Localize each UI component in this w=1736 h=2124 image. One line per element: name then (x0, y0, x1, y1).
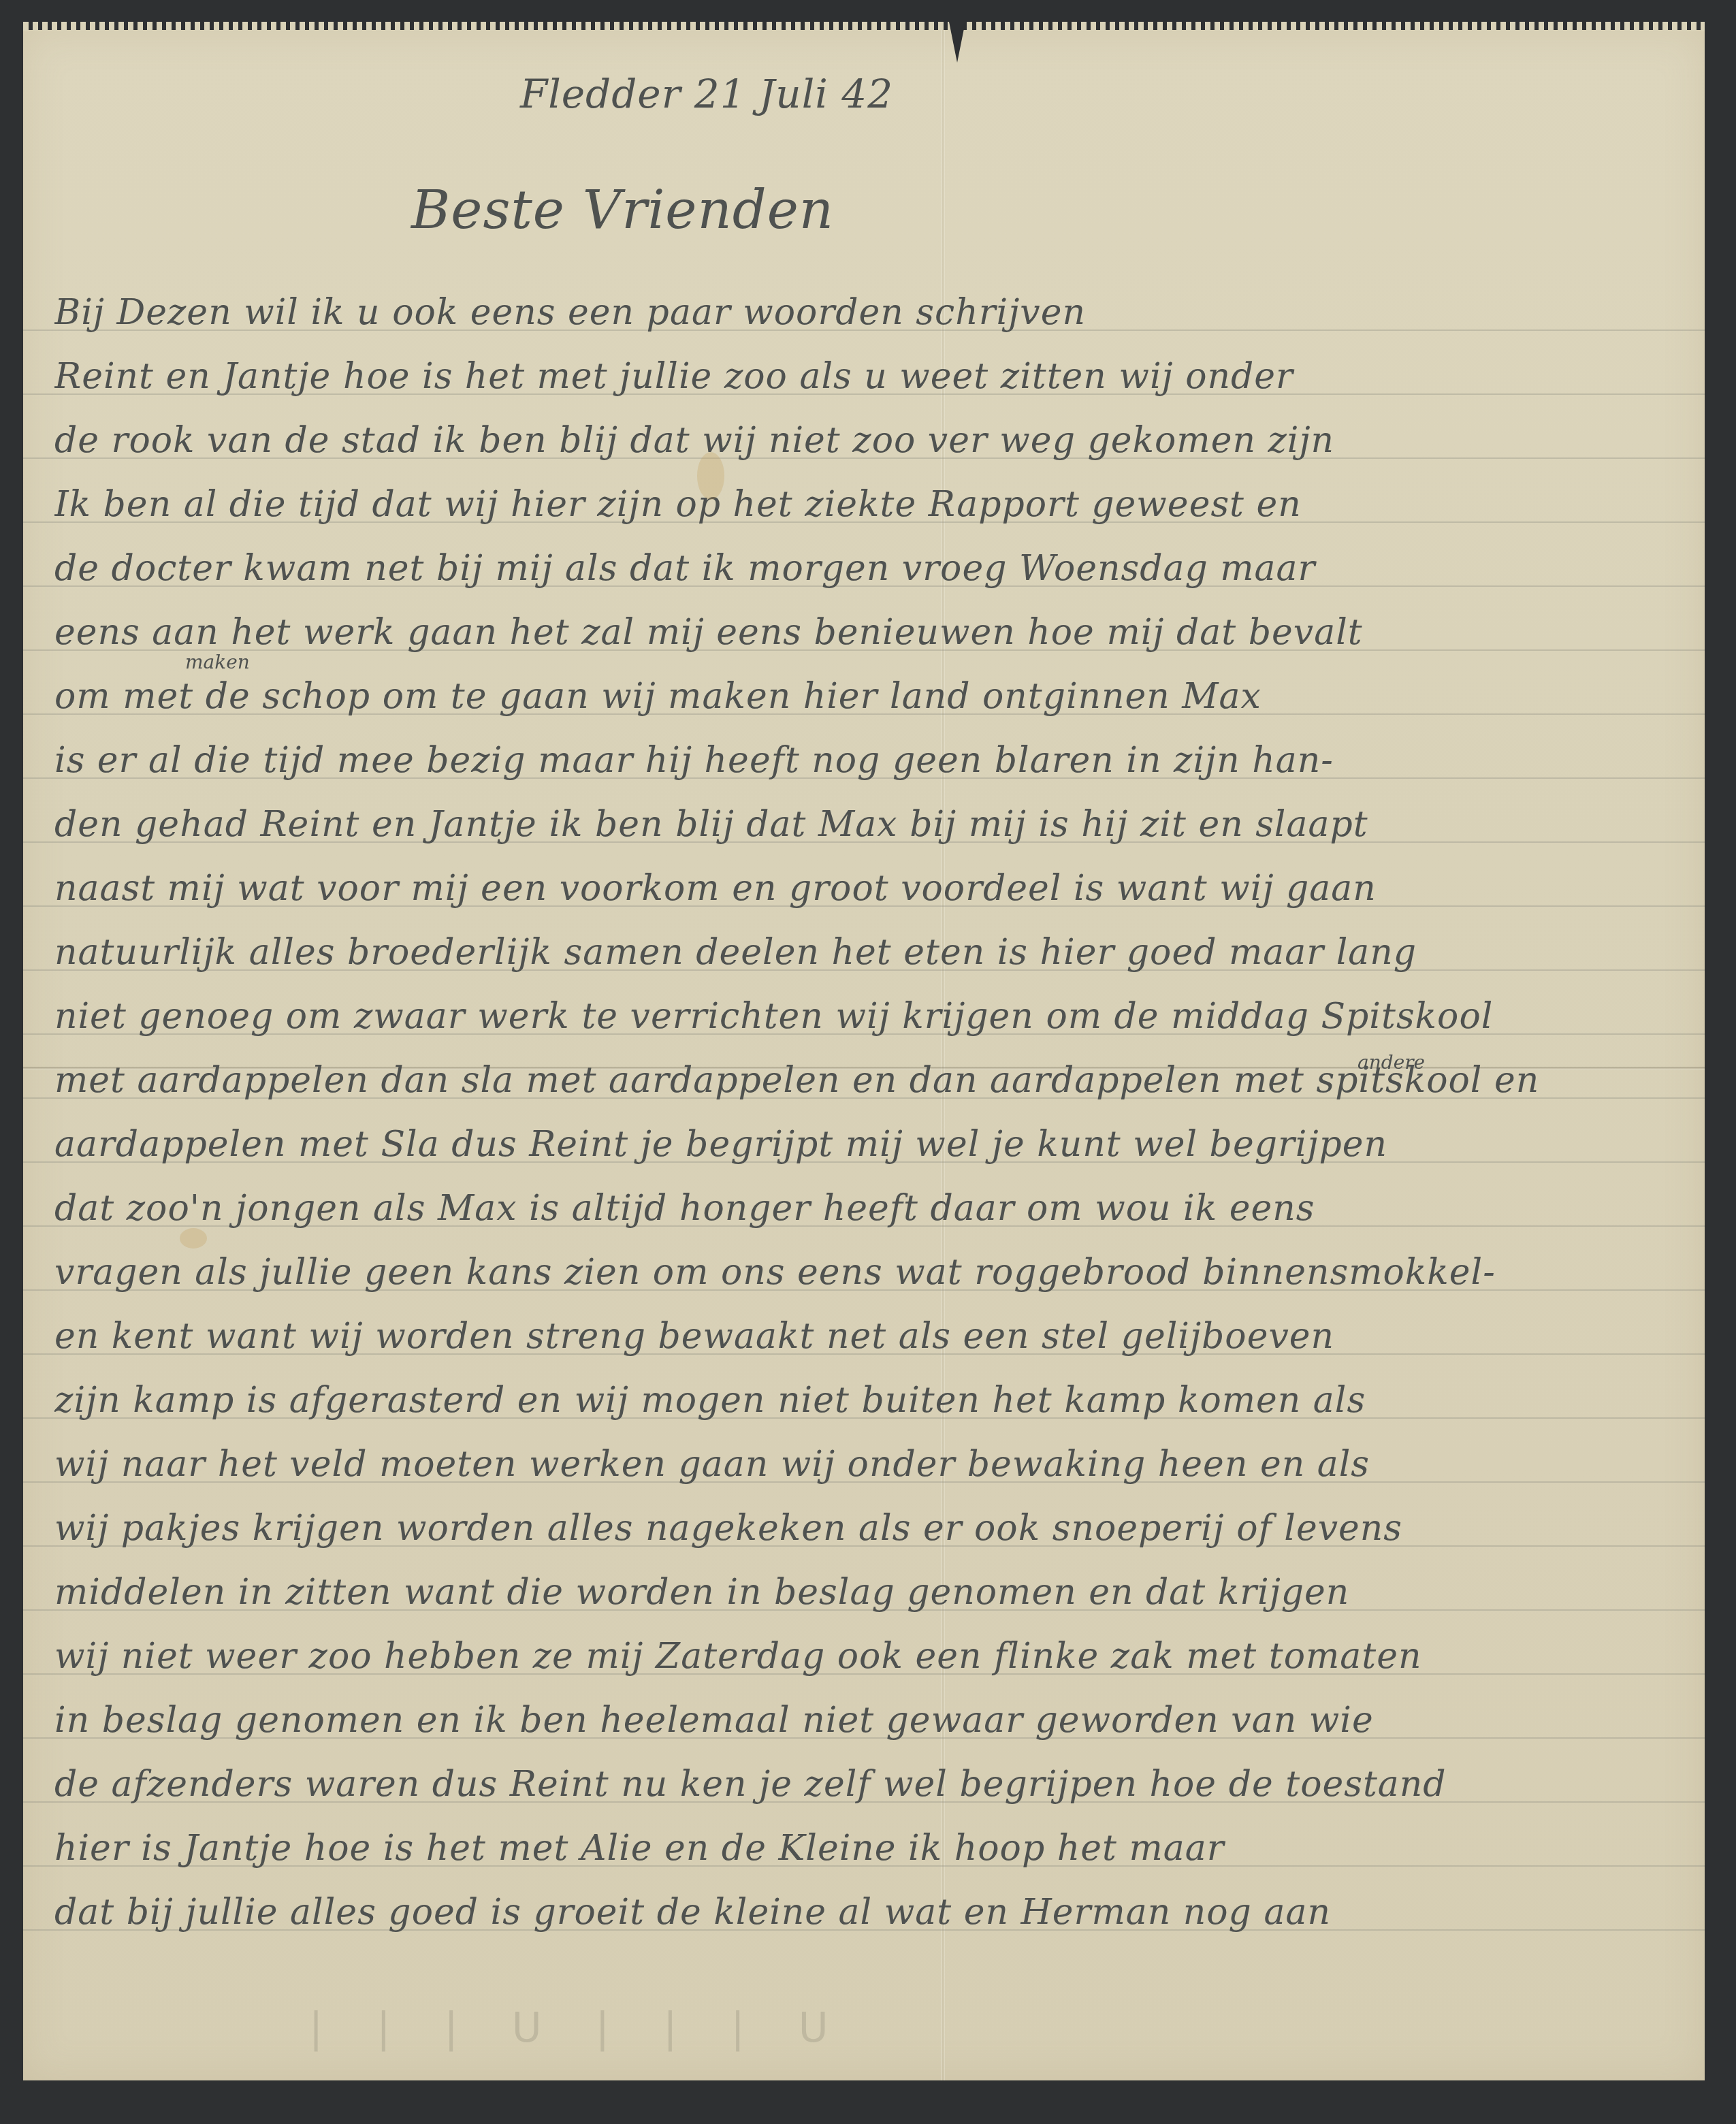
letter-line: Bij Dezen wil ik u ook eens een paar woo… (54, 292, 1688, 333)
letter-line: aardappelen met Sla dus Reint je begrijp… (54, 1124, 1688, 1165)
letter-paper: Fledder 21 Juli 42 Beste Vrienden Bij De… (23, 30, 1705, 2080)
letter-line: eens aan het werk gaan het zal mij eens … (54, 612, 1688, 653)
letter-line: met aardappelen dan sla met aardappelen … (54, 1060, 1688, 1101)
letter-line: dat zoo'n jongen als Max is altijd honge… (54, 1188, 1688, 1229)
letter-line: de rook van de stad ik ben blij dat wij … (54, 420, 1688, 461)
paper-stain (180, 1228, 207, 1249)
letter-line: om met de schop om te gaan wij maken hie… (54, 676, 1688, 717)
salutation: Beste Vrienden (411, 180, 834, 241)
letter-line: wij naar het veld moeten werken gaan wij… (54, 1444, 1688, 1485)
paper-stain (697, 452, 724, 500)
letter-line: hier is Jantje hoe is het met Alie en de… (54, 1828, 1688, 1869)
letter-line: vragen als jullie geen kans zien om ons … (54, 1252, 1688, 1293)
show-through-marks: | | | U | | | U (309, 2004, 849, 2052)
letter-line: dat bij jullie alles goed is groeit de k… (54, 1892, 1688, 1933)
letter-line: naast mij wat voor mij een voorkom en gr… (54, 868, 1688, 909)
insertion-above-line: maken (185, 651, 250, 673)
document-scan: Fledder 21 Juli 42 Beste Vrienden Bij De… (0, 0, 1736, 2124)
letter-line: de docter kwam net bij mij als dat ik mo… (54, 548, 1688, 589)
letter-line: middelen in zitten want die worden in be… (54, 1572, 1688, 1613)
letter-line: wij niet weer zoo hebben ze mij Zaterdag… (54, 1636, 1688, 1677)
paper-tear (949, 22, 965, 63)
letter-line: de afzenders waren dus Reint nu ken je z… (54, 1764, 1688, 1805)
letter-line: is er al die tijd mee bezig maar hij hee… (54, 740, 1688, 781)
letter-line: Ik ben al die tijd dat wij hier zijn op … (54, 484, 1688, 525)
letter-line: in beslag genomen en ik ben heelemaal ni… (54, 1700, 1688, 1741)
letter-line: den gehad Reint en Jantje ik ben blij da… (54, 804, 1688, 845)
letter-line: niet genoeg om zwaar werk te verrichten … (54, 996, 1688, 1037)
letter-line: en kent want wij worden streng bewaakt n… (54, 1316, 1688, 1357)
letter-line: natuurlijk alles broederlijk samen deele… (54, 932, 1688, 973)
letter-line: zijn kamp is afgerasterd en wij mogen ni… (54, 1380, 1688, 1421)
letter-line: wij pakjes krijgen worden alles nagekeke… (54, 1508, 1688, 1549)
letter-line: Reint en Jantje hoe is het met jullie zo… (54, 356, 1688, 397)
place-date: Fledder 21 Juli 42 (520, 71, 893, 117)
